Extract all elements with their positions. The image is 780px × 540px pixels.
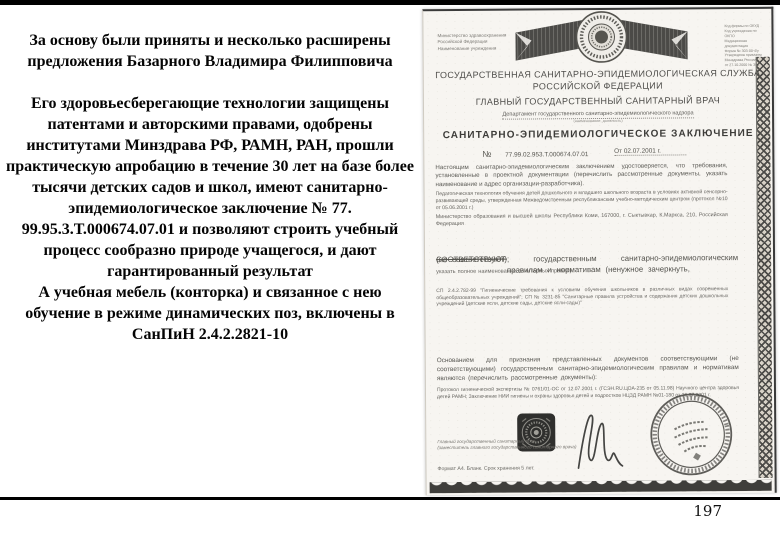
number-sign: № <box>482 149 491 159</box>
certify-paragraph: Настоящим санитарно-эпидемиологическим з… <box>435 162 727 189</box>
correspond-rest: ; государственным санитарно-эпидемиологи… <box>507 252 738 276</box>
form-code-line: Медицинская документация <box>725 39 767 49</box>
service-name-line1: ГОСУДАРСТВЕННАЯ САНИТАРНО-ЭПИДЕМИОЛОГИЧЕ… <box>424 68 772 80</box>
department-line: Департамент государственного санитарно-э… <box>424 110 772 118</box>
certificate-number: 77.99.02.953.Т.000674.07.01 <box>505 151 588 159</box>
slide-top-border <box>0 0 780 5</box>
basis-paragraph: Основанием для признания представленных … <box>437 354 739 383</box>
certificate-title: САНИТАРНО-ЭПИДЕМИОЛОГИЧЕСКОЕ ЗАКЛЮЧЕНИЕ <box>424 128 772 141</box>
certificate-number-row: № 77.99.02.953.Т.000674.07.01 От 02.07.2… <box>482 147 742 159</box>
presentation-slide: За основу были приняты и несколько расши… <box>0 0 780 540</box>
guilloche-border-bottom <box>430 480 772 493</box>
form-code-line: Код учреждения по ОКПО <box>724 29 766 39</box>
correspond-word: СООТВЕТСТВУЮТ <box>436 254 506 265</box>
service-name-line2: РОССИЙСКОЙ ФЕДЕРАЦИИ <box>424 80 772 92</box>
slide-body2-paragraph: А учебная мебель (конторка) и связанное … <box>6 282 414 345</box>
certificate-date: От 02.07.2001 г. <box>614 148 661 155</box>
technology-paragraph: Педагогическая технология обучения детей… <box>436 189 728 211</box>
signer-deputy: (заместитель главного государственного с… <box>437 444 627 452</box>
format-note: Формат А4. Бланк. Срок хранения 5 лет. <box>437 465 534 472</box>
form-code-block: Код формы по ОКУД Код учреждения по ОКПО… <box>724 24 766 68</box>
chief-doctor-line: ГЛАВНЫЙ ГОСУДАРСТВЕННЫЙ САНИТАРНЫЙ ВРАЧ <box>424 95 772 107</box>
state-emblem-icon <box>501 9 701 66</box>
certificate-scan: Министерство здравоохранения Российской … <box>422 7 776 495</box>
signer-caption: Главный государственный санитарный врач … <box>437 438 627 452</box>
slide-intro-paragraph: За основу были приняты и несколько расши… <box>6 30 414 72</box>
department-note: (наименование, должность) <box>424 118 772 124</box>
correspond-paragraph: СООТВЕТСТВУЮТ(не соответствуют); государ… <box>436 252 738 278</box>
ministry-line: Наименование учреждения <box>438 45 508 52</box>
sanitary-rules-paragraph: СП 2.4.2.782-99 "Гигиенические требовани… <box>436 286 728 308</box>
applicant-paragraph: Министерство образования и высшей школы … <box>436 212 728 228</box>
ministry-header-block: Министерство здравоохранения Российской … <box>437 33 507 53</box>
slide-bottom-rule <box>0 497 780 500</box>
slide-body-paragraph: Его здоровьесберегающие технологии защищ… <box>6 93 414 282</box>
slide-text-block: За основу были приняты и несколько расши… <box>6 30 414 345</box>
round-seal-icon <box>648 391 735 478</box>
page-number: 197 <box>693 502 722 520</box>
